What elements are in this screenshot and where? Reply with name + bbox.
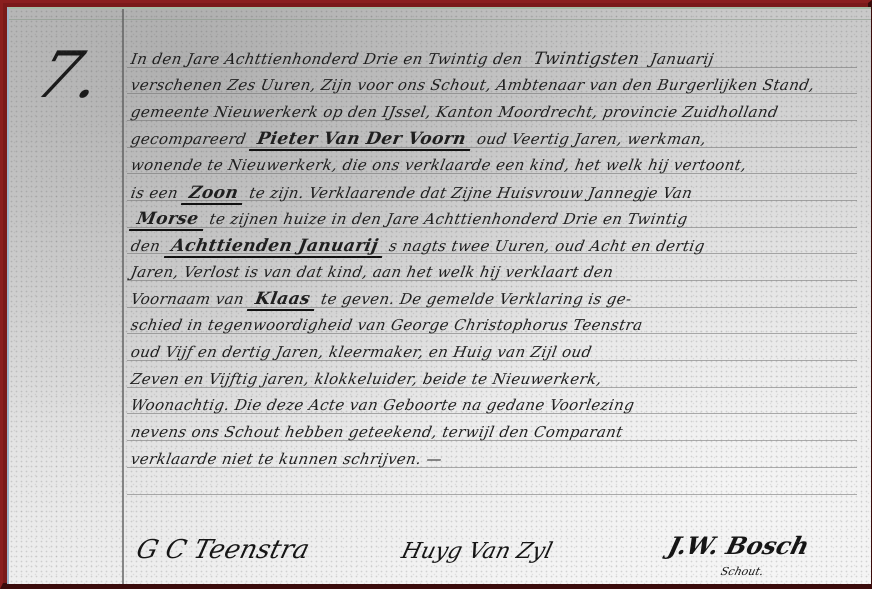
text-line-3: gemeente Nieuwerkerk op den IJssel, Kant… [129,103,862,121]
line-text: Januarij [644,50,715,68]
text-line-14: Woonachtig. Die deze Acte van Geboorte n… [129,396,862,414]
image-frame: 7. In den Jare Achttienhonderd Drie en T… [0,0,872,589]
line-text: te zijnen huize in den Jare Achttienhond… [203,210,689,228]
date-text: Twintigsten [526,49,647,69]
official-title: Schout. [719,565,765,578]
text-line-11: schied in tegenwoordigheid van George Ch… [129,316,862,334]
line-text: Voornaam van [129,290,250,308]
text-line-15: nevens ons Schout hebben geteekend, terw… [129,423,862,441]
line-text: s nagts twee Uuren, oud Acht en dertig [383,237,707,255]
line-text: verklaarde niet te kunnen schrijven. — [129,450,443,468]
child-sex: Zoon [181,183,246,205]
line-text: Jaren, Verlost is van dat kind, aan het … [129,263,614,281]
line-text: gecompareerd [129,130,253,148]
line-text: Zeven en Vijftig jaren, klokkeluider, be… [129,370,603,388]
child-given-name: Klaas [247,289,318,311]
text-line-4: gecompareerd Pieter Van Der Voorn oud Ve… [129,129,863,149]
margin-line [122,9,124,584]
line-text: oud Veertig Jaren, werkman, [470,130,708,148]
top-rule [9,19,871,20]
text-line-10: Voornaam van Klaas te geven. De gemelde … [129,289,863,309]
line-text: oud Vijf en dertig Jaren, kleermaker, en… [129,343,593,361]
text-line-2: verschenen Zes Uuren, Zijn voor ons Scho… [129,76,862,94]
text-line-6: is een Zoon te zijn. Verklaarende dat Zi… [129,183,863,203]
mother-surname: Morse [129,209,206,231]
line-text: nevens ons Schout hebben geteekend, terw… [129,423,624,441]
father-name: Pieter Van Der Voorn [249,129,473,151]
text-line-8: den Achttienden Januarij s nagts twee Uu… [129,236,863,256]
line-text: schied in tegenwoordigheid van George Ch… [129,316,644,334]
text-line-1: In den Jare Achttienhonderd Drie en Twin… [129,49,863,69]
text-line-7: Morse te zijnen huize in den Jare Achtti… [129,209,863,229]
text-line-9: Jaren, Verlost is van dat kind, aan het … [129,263,862,281]
text-line-13: Zeven en Vijftig jaren, klokkeluider, be… [129,370,862,388]
line-text: Woonachtig. Die deze Acte van Geboorte n… [129,396,636,414]
line-text: wonende te Nieuwerkerk, die ons verklaar… [129,156,748,174]
signature-official: J.W. Bosch [665,531,812,560]
register-page: 7. In den Jare Achttienhonderd Drie en T… [7,7,871,584]
entry-number: 7. [27,39,112,113]
signature-witness-2: Huyg Van Zyl [399,539,555,564]
line-text: te geven. De gemelde Verklaring is ge- [315,290,634,308]
line-text: gemeente Nieuwerkerk op den IJssel, Kant… [129,103,779,121]
text-line-5: wonende te Nieuwerkerk, die ons verklaar… [129,156,862,174]
birth-date: Achttienden Januarij [163,236,385,258]
text-line-16: verklaarde niet te kunnen schrijven. — [129,450,862,468]
text-line-12: oud Vijf en dertig Jaren, kleermaker, en… [129,343,862,361]
line-text: In den Jare Achttienhonderd Drie en Twin… [129,50,529,68]
ruled-line [127,494,857,495]
line-text: is een [129,184,184,202]
signature-witness-1: G C Teenstra [133,535,312,565]
line-text: den [129,237,167,255]
line-text: te zijn. Verklaarende dat Zijne Huisvrou… [243,184,694,202]
line-text: verschenen Zes Uuren, Zijn voor ons Scho… [129,76,816,94]
